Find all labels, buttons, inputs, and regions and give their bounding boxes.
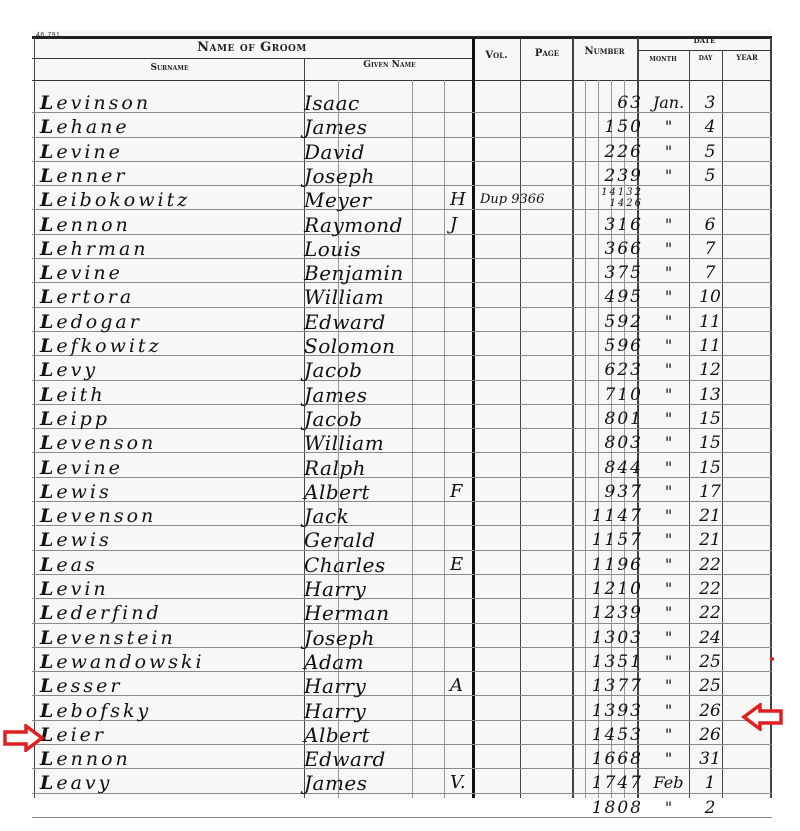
table-row: LevensteinJoseph1303"24 (32, 623, 772, 648)
table-row: LertoraWilliam495"10 (32, 282, 772, 307)
year-cell (730, 477, 772, 501)
given-name-cell: Raymond (304, 210, 403, 234)
surname-cell: Lebofsky (40, 696, 151, 720)
given-name-cell: Harry (304, 574, 366, 598)
year-cell (730, 453, 772, 477)
day-cell: 15 (690, 453, 730, 477)
middle-initial-cell: V. (450, 768, 466, 792)
header-year: Year (722, 53, 772, 62)
certificate-number-cell: 801 (567, 404, 643, 428)
month-cell: " (646, 550, 691, 574)
month-cell: " (646, 453, 691, 477)
month-cell: " (646, 234, 691, 258)
year-cell (730, 793, 772, 817)
month-cell: " (646, 574, 691, 598)
surname-cell: Lehane (40, 112, 130, 136)
month-cell: Jan. (646, 88, 691, 112)
red-arrow-left-icon (740, 703, 784, 731)
given-name-cell: Herman (304, 598, 390, 622)
given-name-cell: Harry (304, 696, 366, 720)
certificate-number-cell: 375 (567, 258, 643, 282)
day-cell: 26 (690, 720, 730, 744)
given-name-cell: Harry (304, 671, 366, 695)
surname-cell: Levin (40, 574, 109, 598)
certificate-number-cell: 592 (567, 307, 643, 331)
day-cell: 25 (690, 647, 730, 671)
middle-initial-cell: A (450, 671, 463, 695)
given-name-cell: Edward (304, 744, 386, 768)
surname-cell: Lewis (40, 477, 112, 501)
certificate-number-cell: 1747 (567, 768, 643, 792)
surname-cell: Lesser (40, 671, 122, 695)
year-cell (730, 428, 772, 452)
table-row: LewisAlbertF937"17 (32, 477, 772, 502)
given-name-cell: James (304, 112, 368, 136)
red-dot-mark (770, 657, 774, 661)
certificate-number-cell: 623 (567, 355, 643, 379)
surname-cell: Levenson (40, 501, 156, 525)
certificate-number-cell: 1157 (567, 525, 643, 549)
year-cell (730, 307, 772, 331)
day-cell: 17 (690, 477, 730, 501)
certificate-number-cell: 495 (567, 282, 643, 306)
table-row: LedogarEdward592"11 (32, 307, 772, 332)
table-row: LewandowskiAdam1351"25 (32, 647, 772, 672)
table-row: LeibokowitzMeyerHDup 9366141321426 (32, 185, 772, 210)
day-cell: 4 (690, 112, 730, 136)
given-name-cell: Solomon (304, 331, 396, 355)
table-row: LewisGerald1157"21 (32, 525, 772, 550)
surname-cell: Leier (40, 720, 106, 744)
day-cell: 12 (690, 355, 730, 379)
surname-cell: Lederfind (40, 598, 162, 622)
month-cell: " (646, 161, 691, 185)
month-cell: " (646, 744, 691, 768)
month-cell: " (646, 696, 691, 720)
header-rule (32, 80, 772, 81)
table-row: LederfindHerman1239"22 (32, 598, 772, 623)
day-cell: 31 (690, 744, 730, 768)
certificate-number-cell: 1393 (567, 696, 643, 720)
header-surname: Surname (32, 63, 307, 73)
surname-cell: Lehrman (40, 234, 149, 258)
table-row: LeasCharlesE1196"22 (32, 550, 772, 575)
certificate-number-cell: 1210 (567, 574, 643, 598)
header-number: Number (572, 46, 637, 57)
table-row: LevinsonIsaac63Jan.3 (32, 88, 772, 113)
month-cell: " (646, 307, 691, 331)
month-cell: " (646, 137, 691, 161)
day-cell: 7 (690, 234, 730, 258)
month-cell: " (646, 355, 691, 379)
certificate-number-cell: 1239 (567, 598, 643, 622)
middle-initial-cell: H (450, 185, 466, 209)
table-row: 1808"2 (32, 793, 772, 818)
given-name-cell: Albert (304, 477, 370, 501)
year-cell (730, 88, 772, 112)
surname-cell: Lertora (40, 282, 134, 306)
surname-cell: Leipp (40, 404, 110, 428)
table-row: LeithJames710"13 (32, 380, 772, 405)
certificate-number-cell: 1453 (567, 720, 643, 744)
day-cell: 7 (690, 258, 730, 282)
month-cell: " (646, 112, 691, 136)
table-row: LevensonWilliam803"15 (32, 428, 772, 453)
month-cell: " (646, 647, 691, 671)
header-page: Page (522, 48, 572, 59)
given-name-cell: Benjamin (304, 258, 404, 282)
surname-cell: Lewis (40, 525, 112, 549)
table-row: LennonEdward1668"31 (32, 744, 772, 769)
day-cell: 15 (690, 404, 730, 428)
month-cell: " (646, 477, 691, 501)
certificate-number-cell: 844 (567, 453, 643, 477)
table-row: LeavyJamesV.1747Feb1 (32, 768, 772, 793)
red-arrow-right-icon (2, 724, 46, 752)
given-name-cell: Meyer (304, 185, 372, 209)
surname-cell: Leavy (40, 768, 112, 792)
day-cell: 3 (690, 88, 730, 112)
year-cell (730, 380, 772, 404)
table-row: LevineBenjamin375"7 (32, 258, 772, 283)
table-row: LefkowitzSolomon596"11 (32, 331, 772, 356)
month-cell: " (646, 380, 691, 404)
certificate-number-cell: 226 (567, 137, 643, 161)
given-name-cell: Jack (304, 501, 349, 525)
header-name-of-groom: Name of Groom (32, 40, 472, 55)
surname-cell: Lenner (40, 161, 127, 185)
certificate-number-cell: 366 (567, 234, 643, 258)
surname-cell: Leas (40, 550, 98, 574)
table-row: LennerJoseph239"5 (32, 161, 772, 186)
year-cell (730, 550, 772, 574)
surname-cell: Leith (40, 380, 106, 404)
surname-cell: Lennon (40, 744, 131, 768)
year-cell (730, 598, 772, 622)
month-cell: " (646, 623, 691, 647)
certificate-number-cell: 150 (567, 112, 643, 136)
day-cell: 11 (690, 307, 730, 331)
surname-cell: Levinson (40, 88, 151, 112)
day-cell: 1 (690, 768, 730, 792)
middle-initial-cell: F (450, 477, 463, 501)
table-row: LevinHarry1210"22 (32, 574, 772, 599)
certificate-number-cell: 710 (567, 380, 643, 404)
page-note-cell: Dup 9366 (480, 185, 544, 209)
certificate-number-cell: 1351 (567, 647, 643, 671)
middle-initial-cell: J (450, 210, 457, 234)
header-rule (32, 58, 472, 59)
table-row-highlighted: LeierAlbert1453"26 (32, 720, 772, 745)
month-cell: " (646, 793, 691, 817)
certificate-number-cell: 596 (567, 331, 643, 355)
given-name-cell: William (304, 428, 384, 452)
given-name-cell: James (304, 380, 368, 404)
header-vol: Vol. (474, 50, 519, 61)
surname-cell: Levine (40, 453, 123, 477)
day-cell: 11 (690, 331, 730, 355)
day-cell: 5 (690, 137, 730, 161)
header-month: Month (637, 56, 689, 63)
year-cell (730, 404, 772, 428)
year-cell (730, 744, 772, 768)
year-cell (730, 525, 772, 549)
day-cell: 26 (690, 696, 730, 720)
surname-cell: Lefkowitz (40, 331, 162, 355)
given-name-cell: Gerald (304, 525, 376, 549)
year-cell (730, 501, 772, 525)
header-date: Date (637, 36, 772, 45)
year-cell (730, 768, 772, 792)
table-row: LevyJacob623"12 (32, 355, 772, 380)
table-row: LevineDavid226"5 (32, 137, 772, 162)
year-cell (730, 671, 772, 695)
surname-cell: Levenson (40, 428, 156, 452)
month-cell: " (646, 525, 691, 549)
header-rule (637, 50, 772, 51)
year-cell (730, 282, 772, 306)
surname-cell: Levine (40, 258, 123, 282)
given-name-cell: Louis (304, 234, 361, 258)
certificate-number-cell: 1303 (567, 623, 643, 647)
year-cell (730, 647, 772, 671)
given-name-cell: Charles (304, 550, 386, 574)
day-cell: 10 (690, 282, 730, 306)
table-row: LehaneJames150"4 (32, 112, 772, 137)
month-cell: " (646, 282, 691, 306)
marriage-index-page: 46,791 Name of Groom Surname Given Name … (32, 30, 772, 800)
surname-cell: Levy (40, 355, 98, 379)
given-name-cell: James (304, 768, 368, 792)
middle-initial-cell: E (450, 550, 463, 574)
table-row: LebofskyHarry1393"26 (32, 696, 772, 721)
given-name-cell: Isaac (304, 88, 360, 112)
given-name-cell: David (304, 137, 365, 161)
month-cell: " (646, 598, 691, 622)
day-cell: 21 (690, 501, 730, 525)
month-cell: " (646, 428, 691, 452)
day-cell: 13 (690, 380, 730, 404)
day-cell (690, 185, 730, 209)
month-cell (646, 185, 691, 209)
surname-cell: Lennon (40, 210, 131, 234)
certificate-number-cell: 937 (567, 477, 643, 501)
certificate-number-cell: 803 (567, 428, 643, 452)
given-name-cell: Jacob (304, 355, 363, 379)
day-cell: 15 (690, 428, 730, 452)
certificate-number-cell: 316 (567, 210, 643, 234)
year-cell (730, 234, 772, 258)
day-cell: 5 (690, 161, 730, 185)
day-cell: 6 (690, 210, 730, 234)
month-cell: Feb (646, 768, 691, 792)
day-cell: 24 (690, 623, 730, 647)
certificate-number-cell: 141321426 (567, 187, 643, 211)
given-name-cell: Albert (304, 720, 370, 744)
certificate-number-cell: 1377 (567, 671, 643, 695)
given-name-cell: Joseph (304, 623, 375, 647)
table-row: LeippJacob801"15 (32, 404, 772, 429)
header-given-name: Given Name (307, 60, 472, 70)
given-name-cell: Ralph (304, 453, 366, 477)
month-cell: " (646, 258, 691, 282)
given-name-cell: William (304, 282, 384, 306)
month-cell: " (646, 720, 691, 744)
day-cell: 22 (690, 550, 730, 574)
year-cell (730, 574, 772, 598)
header-day: Day (689, 55, 722, 62)
day-cell: 2 (690, 793, 730, 817)
surname-cell: Leibokowitz (40, 185, 190, 209)
month-cell: " (646, 501, 691, 525)
table-row: LesserHarryA1377"25 (32, 671, 772, 696)
year-cell (730, 331, 772, 355)
month-cell: " (646, 331, 691, 355)
table-row: LevineRalph844"15 (32, 453, 772, 478)
table-row: LevensonJack1147"21 (32, 501, 772, 526)
certificate-number-cell: 1147 (567, 501, 643, 525)
given-name-cell: Adam (304, 647, 364, 671)
surname-cell: Lewandowski (40, 647, 205, 671)
table-row: LehrmanLouis366"7 (32, 234, 772, 259)
day-cell: 21 (690, 525, 730, 549)
year-cell (730, 623, 772, 647)
surname-cell: Levine (40, 137, 123, 161)
certificate-number-cell: 1668 (567, 744, 643, 768)
certificate-number-cell: 1808 (567, 793, 643, 817)
month-cell: " (646, 671, 691, 695)
day-cell: 22 (690, 574, 730, 598)
year-cell (730, 355, 772, 379)
certificate-number-cell: 239 (567, 161, 643, 185)
year-cell (730, 161, 772, 185)
surname-cell: Ledogar (40, 307, 142, 331)
year-cell (730, 112, 772, 136)
table-row: LennonRaymondJ316"6 (32, 210, 772, 235)
month-cell: " (646, 210, 691, 234)
day-cell: 25 (690, 671, 730, 695)
given-name-cell: Joseph (304, 161, 375, 185)
year-cell (730, 210, 772, 234)
surname-cell: Levenstein (40, 623, 176, 647)
year-cell (730, 185, 772, 209)
certificate-number-cell: 63 (567, 88, 643, 112)
day-cell: 22 (690, 598, 730, 622)
given-name-cell: Jacob (304, 404, 363, 428)
month-cell: " (646, 404, 691, 428)
year-cell (730, 258, 772, 282)
given-name-cell: Edward (304, 307, 386, 331)
certificate-number-cell: 1196 (567, 550, 643, 574)
year-cell (730, 137, 772, 161)
